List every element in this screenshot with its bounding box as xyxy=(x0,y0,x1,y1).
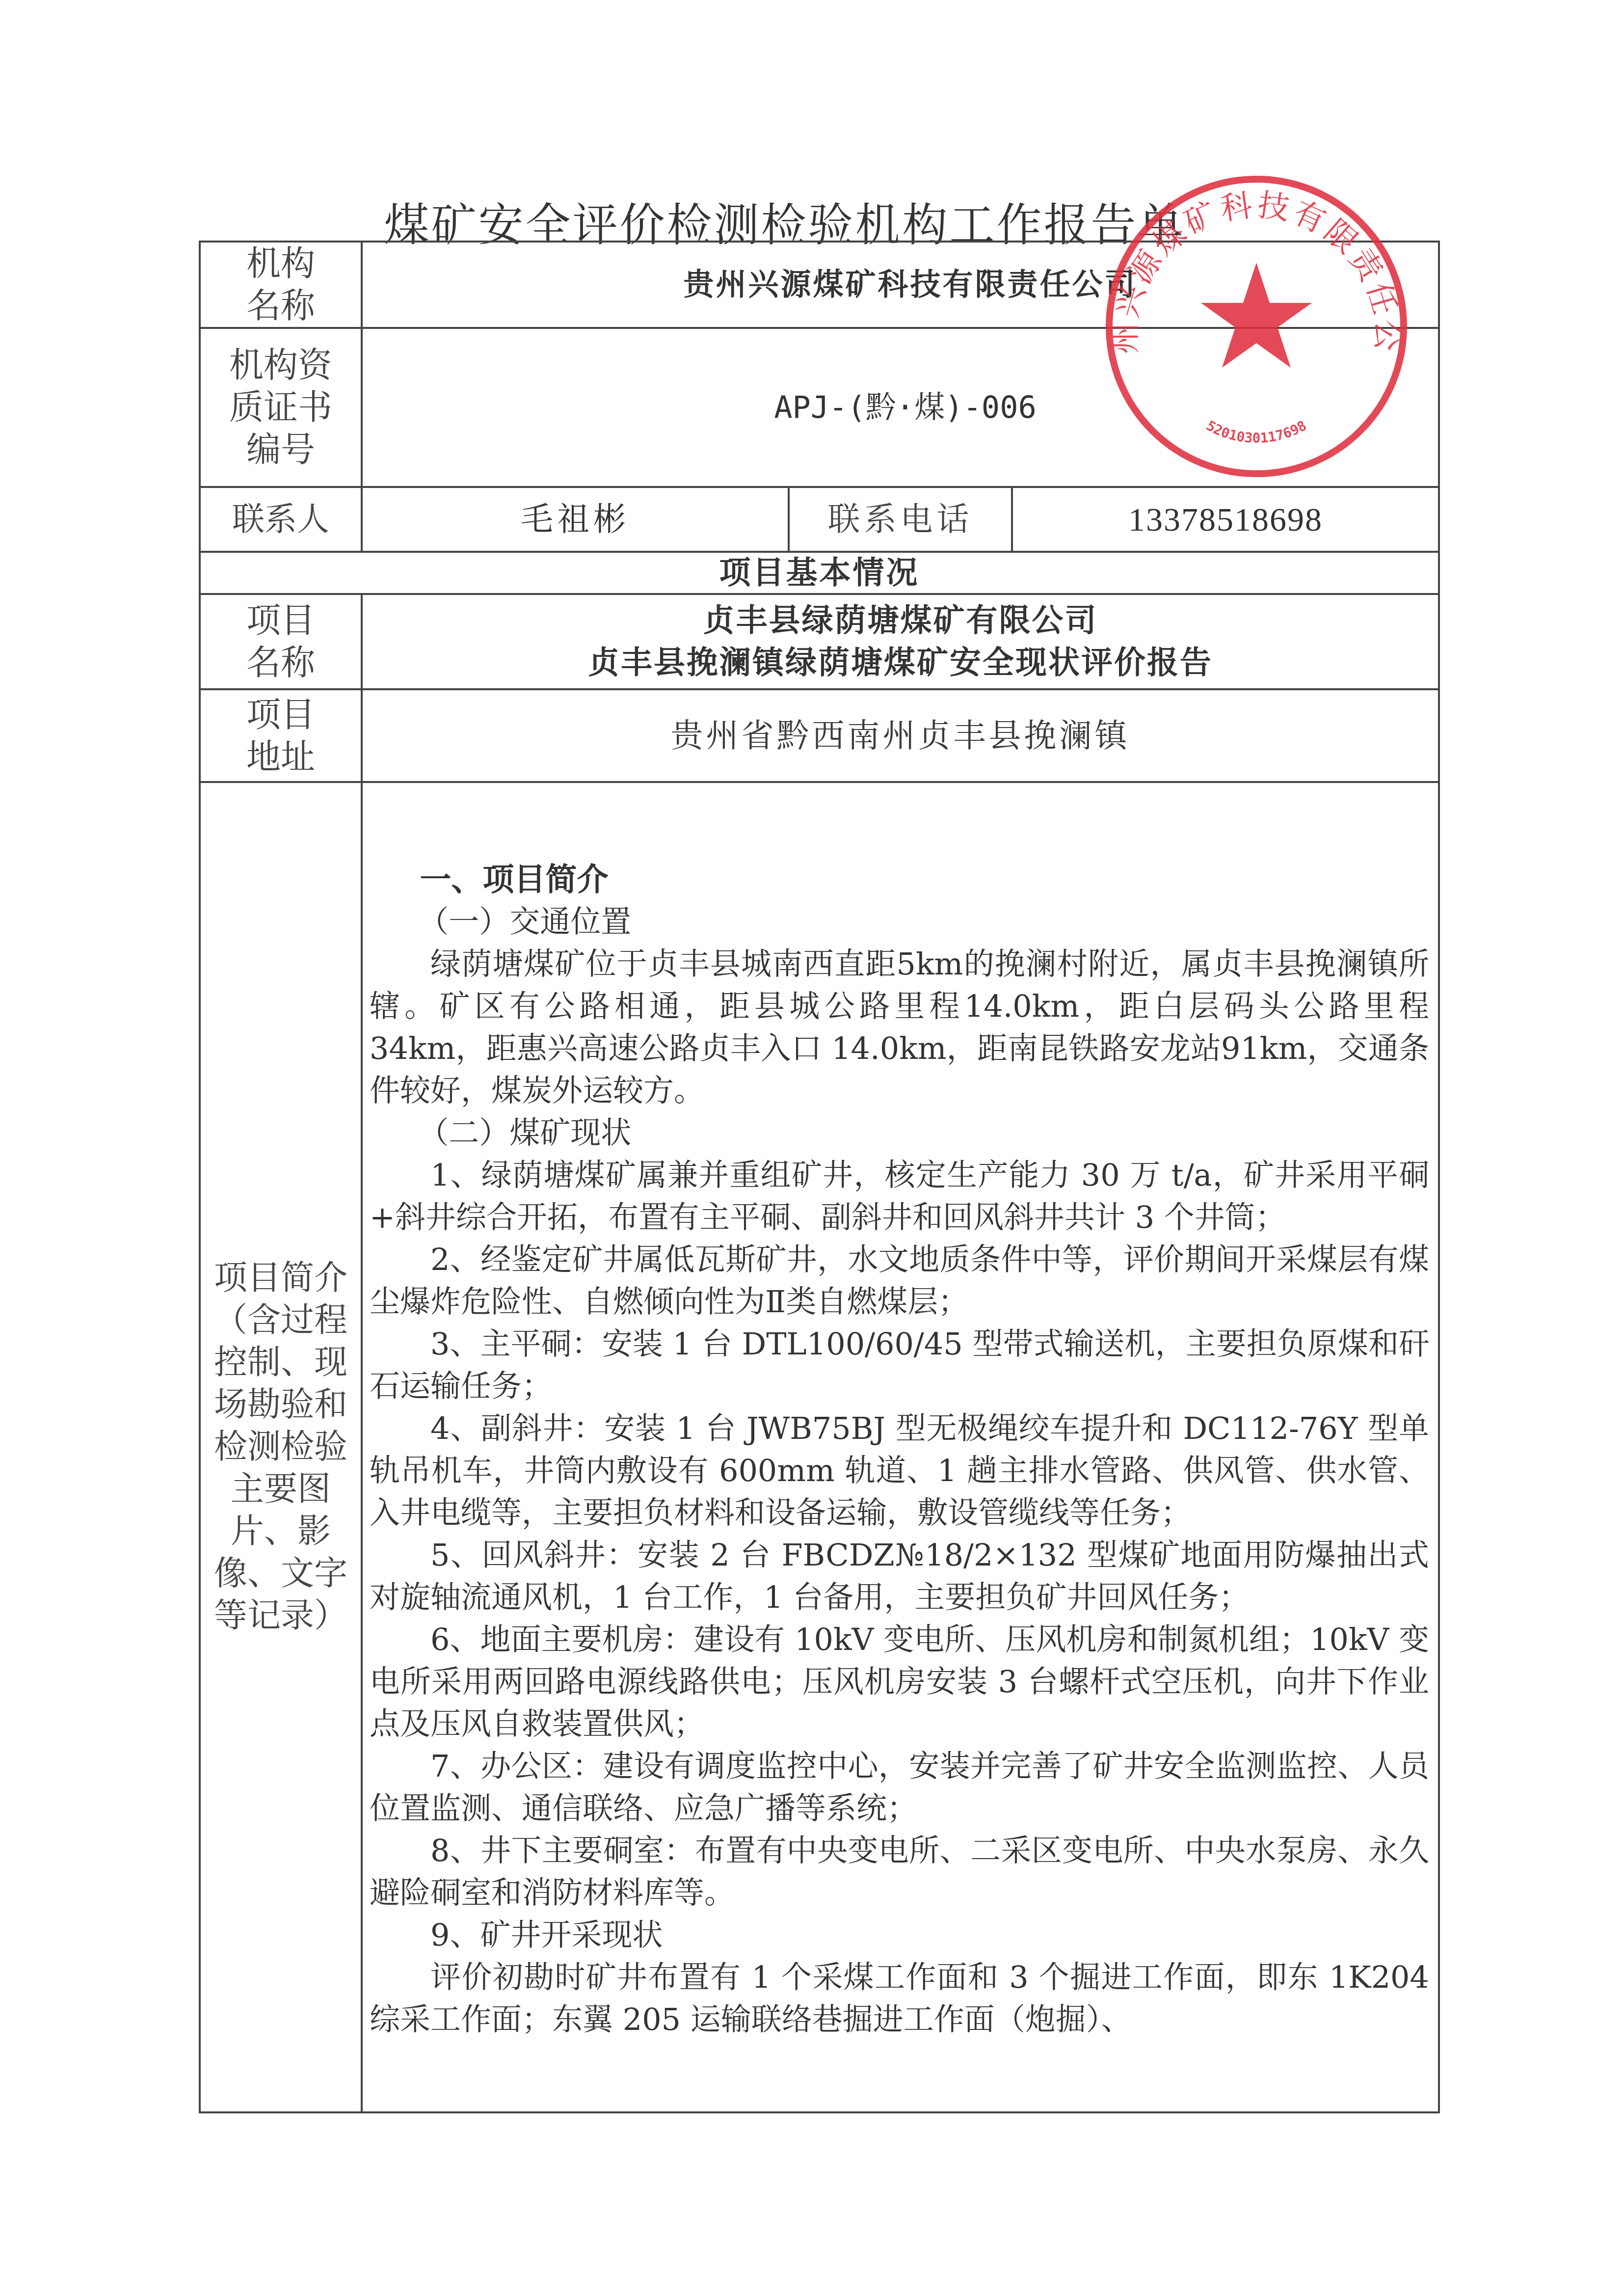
project-address-value: 贵州省黔西南州贞丰县挽澜镇 xyxy=(362,689,1439,782)
phone-value: 13378518698 xyxy=(1012,487,1439,552)
intro-heading: 一、项目简介 xyxy=(370,859,1429,901)
report-form-table: 机构 名称 贵州兴源煤矿科技有限责任公司 机构资 质证书 编号 APJ-(黔·煤… xyxy=(199,241,1440,2113)
project-name-label: 项目 名称 xyxy=(200,594,362,689)
intro-item: 1、绿荫塘煤矿属兼并重组矿井，核定生产能力 30 万 t/a，矿井采用平硐+斜井… xyxy=(370,1154,1429,1239)
intro-item: 6、地面主要机房：建设有 10kV 变电所、压风机房和制氮机组；10kV 变电所… xyxy=(370,1619,1429,1745)
project-address-label: 项目 地址 xyxy=(200,689,362,782)
intro-subheading-traffic: （一）交通位置 xyxy=(370,901,1429,943)
intro-item: 9、矿井开采现状 xyxy=(370,1914,1429,1956)
project-name-row: 项目 名称 贞丰县绿荫塘煤矿有限公司 贞丰县挽澜镇绿荫塘煤矿安全现状评价报告 xyxy=(200,594,1439,689)
intro-subheading-status: （二）煤矿现状 xyxy=(370,1112,1429,1154)
contact-label: 联系人 xyxy=(200,487,362,552)
phone-label: 联系电话 xyxy=(789,487,1012,552)
intro-item: 8、井下主要硐室：布置有中央变电所、二采区变电所、中央水泵房、永久避险硐室和消防… xyxy=(370,1830,1429,1914)
intro-item: 3、主平硐：安装 1 台 DTL100/60/45 型带式输送机，主要担负原煤和… xyxy=(370,1323,1429,1407)
intro-item: 评价初勘时矿井布置有 1 个采煤工作面和 3 个掘进工作面，即东 1K204 综… xyxy=(370,1956,1429,2041)
intro-item: 7、办公区：建设有调度监控中心，安装并完善了矿井安全监测监控、人员位置监测、通信… xyxy=(370,1745,1429,1830)
project-intro-body: 一、项目简介 （一）交通位置 绿荫塘煤矿位于贞丰县城南西直距5km的挽澜村附近，… xyxy=(362,782,1439,2112)
org-name-value: 贵州兴源煤矿科技有限责任公司 xyxy=(362,242,1439,328)
contact-value: 毛祖彬 xyxy=(362,487,789,552)
intro-item: 2、经鉴定矿井属低瓦斯矿井，水文地质条件中等，评价期间开采煤层有煤尘爆炸危险性、… xyxy=(370,1239,1429,1323)
intro-item: 4、副斜井：安装 1 台 JWB75BJ 型无极绳绞车提升和 DC112-76Y… xyxy=(370,1407,1429,1534)
project-name-value: 贞丰县绿荫塘煤矿有限公司 贞丰县挽澜镇绿荫塘煤矿安全现状评价报告 xyxy=(362,594,1439,689)
project-address-row: 项目 地址 贵州省黔西南州贞丰县挽澜镇 xyxy=(200,689,1439,782)
intro-item: 5、回风斜井：安装 2 台 FBCDZ№18/2×132 型煤矿地面用防爆抽出式… xyxy=(370,1534,1429,1619)
org-cert-row: 机构资 质证书 编号 APJ-(黔·煤)-006 xyxy=(200,328,1439,487)
project-intro-label: 项目简介（含过程控制、现场勘验和检测检验主要图片、影像、文字等记录） xyxy=(200,782,362,2112)
org-name-label: 机构 名称 xyxy=(200,242,362,328)
section-header: 项目基本情况 xyxy=(200,552,1439,594)
org-cert-label: 机构资 质证书 编号 xyxy=(200,328,362,487)
project-name-line1: 贞丰县绿荫塘煤矿有限公司 xyxy=(363,599,1438,642)
project-name-line2: 贞丰县挽澜镇绿荫塘煤矿安全现状评价报告 xyxy=(363,642,1438,684)
org-name-row: 机构 名称 贵州兴源煤矿科技有限责任公司 xyxy=(200,242,1439,328)
contact-row: 联系人 毛祖彬 联系电话 13378518698 xyxy=(200,487,1439,552)
intro-paragraph-traffic: 绿荫塘煤矿位于贞丰县城南西直距5km的挽澜村附近，属贞丰县挽澜镇所辖。矿区有公路… xyxy=(370,943,1429,1112)
org-cert-value: APJ-(黔·煤)-006 xyxy=(362,328,1439,487)
section-header-row: 项目基本情况 xyxy=(200,552,1439,594)
project-intro-row: 项目简介（含过程控制、现场勘验和检测检验主要图片、影像、文字等记录） 一、项目简… xyxy=(200,782,1439,2112)
